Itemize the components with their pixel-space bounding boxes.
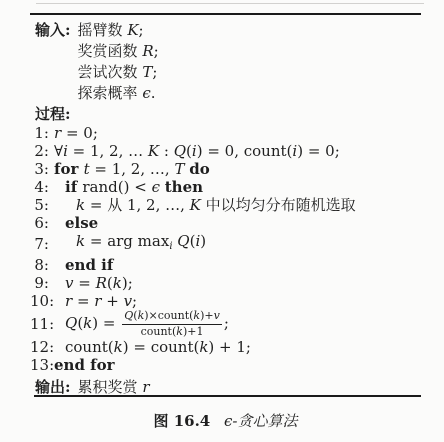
math-segment: T bbox=[142, 63, 152, 81]
math-segment: k bbox=[114, 338, 123, 356]
line-number: 8: bbox=[30, 256, 49, 274]
bottom-rule bbox=[34, 395, 421, 397]
math-segment: R bbox=[96, 274, 107, 292]
line-statement: else bbox=[54, 214, 98, 232]
line-number: 5: bbox=[30, 196, 49, 214]
math-segment: : bbox=[159, 142, 174, 160]
math-segment: r bbox=[142, 378, 149, 396]
algorithm-line: 9:v = R(k); bbox=[30, 274, 424, 292]
math-segment: = arg max bbox=[85, 232, 169, 250]
algorithm-line: 7:k = arg maxi Q(i) bbox=[30, 232, 424, 256]
math-segment: for bbox=[54, 160, 84, 178]
math-segment: 探索概率 bbox=[78, 84, 143, 102]
math-segment: Q bbox=[124, 309, 133, 322]
math-segment: rand() < bbox=[82, 178, 151, 196]
input-item: 奖赏函数 R; bbox=[78, 41, 159, 62]
algorithm-line: 1:r = 0; bbox=[30, 124, 424, 142]
process-label: 过程: bbox=[30, 104, 417, 124]
line-number: 6: bbox=[30, 214, 49, 232]
algorithm-box: 输入: 摇臂数 K;奖赏函数 R;尝试次数 T;探索概率 ϵ. 过程: 1:r … bbox=[30, 20, 424, 398]
math-segment: ; bbox=[132, 292, 137, 310]
math-segment: ; bbox=[152, 63, 157, 81]
math-segment: else bbox=[65, 214, 98, 232]
math-segment: ϵ bbox=[152, 178, 160, 196]
input-item: 摇臂数 K; bbox=[78, 20, 159, 41]
math-segment: )+ bbox=[200, 309, 214, 322]
math-segment: R bbox=[142, 42, 153, 60]
math-segment: k bbox=[83, 314, 92, 332]
figure-number: 图 16.4 bbox=[153, 412, 210, 430]
math-segment: v bbox=[124, 292, 132, 310]
math-segment: K bbox=[148, 142, 159, 160]
math-segment: ; bbox=[139, 21, 144, 39]
line-statement: ∀i = 1, 2, … K : Q(i) = 0, count(i) = 0; bbox=[54, 142, 340, 160]
line-statement: r = 0; bbox=[54, 124, 98, 142]
math-segment: Q bbox=[177, 232, 189, 250]
math-segment: ϵ bbox=[142, 84, 150, 102]
math-segment: ) = count( bbox=[123, 338, 200, 356]
algorithm-lines: 1:r = 0;2:∀i = 1, 2, … K : Q(i) = 0, cou… bbox=[30, 124, 424, 374]
math-segment: k bbox=[176, 325, 183, 338]
algorithm-line: 5:k = 从 1, 2, …, K 中以均匀分布随机选取 bbox=[30, 196, 424, 214]
line-statement: end if bbox=[54, 256, 113, 274]
line-statement: k = 从 1, 2, …, K 中以均匀分布随机选取 bbox=[54, 196, 356, 214]
line-statement: count(k) = count(k) + 1; bbox=[54, 338, 251, 356]
math-segment: T bbox=[174, 160, 184, 178]
fraction-numerator: Q(k)×count(k)+v bbox=[122, 310, 222, 325]
fraction: Q(k)×count(k)+vcount(k)+1 bbox=[122, 310, 222, 338]
math-segment: = bbox=[73, 274, 95, 292]
math-segment: Q bbox=[65, 314, 77, 332]
math-segment: ∀ bbox=[54, 142, 63, 160]
math-segment: Q bbox=[174, 142, 186, 160]
math-segment: then bbox=[165, 178, 203, 196]
math-segment: end if bbox=[65, 256, 113, 274]
algorithm-line: 3:for t = 1, 2, …, T do bbox=[30, 160, 424, 178]
figure-title: ϵ-贪心算法 bbox=[224, 412, 297, 430]
math-segment: = 1, 2, …, bbox=[90, 160, 175, 178]
figure-caption: 图 16.4 ϵ-贪心算法 bbox=[30, 410, 421, 431]
line-statement: end for bbox=[54, 356, 115, 374]
line-number: 1: bbox=[30, 124, 49, 142]
algorithm-line: 10:r = r + v; bbox=[30, 292, 424, 310]
math-segment: 中以均匀分布随机选取 bbox=[201, 196, 356, 214]
math-segment: = 1, 2, … bbox=[68, 142, 148, 160]
input-label: 输入: bbox=[30, 20, 71, 41]
input-items: 摇臂数 K;奖赏函数 R;尝试次数 T;探索概率 ϵ. bbox=[78, 20, 159, 104]
math-segment: + bbox=[101, 292, 123, 310]
math-segment: k bbox=[113, 274, 122, 292]
line-number: 13: bbox=[30, 356, 49, 374]
math-segment: k bbox=[76, 196, 85, 214]
math-segment: k bbox=[76, 232, 85, 250]
input-row: 输入: 摇臂数 K;奖赏函数 R;尝试次数 T;探索概率 ϵ. bbox=[30, 20, 424, 104]
top-faint-rule bbox=[36, 3, 424, 4]
math-segment: 累积奖赏 bbox=[78, 378, 143, 396]
math-segment: end for bbox=[54, 356, 115, 374]
math-segment: ) = 0; bbox=[297, 142, 340, 160]
math-segment: ) = bbox=[92, 314, 120, 332]
line-statement: for t = 1, 2, …, T do bbox=[54, 160, 210, 178]
math-segment: )+1 bbox=[183, 325, 204, 338]
math-segment: ) = 0, count( bbox=[197, 142, 293, 160]
top-rule bbox=[30, 13, 421, 15]
math-segment: ) bbox=[200, 232, 206, 250]
algorithm-line: 6:else bbox=[30, 214, 424, 232]
input-item: 探索概率 ϵ. bbox=[78, 83, 159, 104]
algorithm-figure-page: 输入: 摇臂数 K;奖赏函数 R;尝试次数 T;探索概率 ϵ. 过程: 1:r … bbox=[0, 0, 444, 442]
math-segment: 摇臂数 bbox=[78, 21, 128, 39]
math-segment: count( bbox=[141, 325, 177, 338]
fraction-denominator: count(k)+1 bbox=[122, 325, 222, 339]
math-segment: ; bbox=[224, 314, 229, 332]
math-segment: ) + 1; bbox=[208, 338, 251, 356]
math-segment: K bbox=[127, 21, 138, 39]
line-number: 4: bbox=[30, 178, 49, 196]
math-segment: if bbox=[65, 178, 82, 196]
math-segment: ); bbox=[122, 274, 133, 292]
line-number: 10: bbox=[30, 292, 49, 310]
math-segment: do bbox=[189, 160, 210, 178]
line-number: 9: bbox=[30, 274, 49, 292]
line-number: 11: bbox=[30, 315, 49, 333]
math-segment: 奖赏函数 bbox=[78, 42, 143, 60]
math-segment: = bbox=[72, 292, 94, 310]
math-segment: = 从 1, 2, …, bbox=[85, 196, 190, 214]
line-statement: k = arg maxi Q(i) bbox=[54, 232, 206, 256]
math-segment: K bbox=[190, 196, 201, 214]
algorithm-line: 8:end if bbox=[30, 256, 424, 274]
algorithm-line: 13:end for bbox=[30, 356, 424, 374]
input-item: 尝试次数 T; bbox=[78, 62, 159, 83]
line-number: 3: bbox=[30, 160, 49, 178]
math-segment: ; bbox=[154, 42, 159, 60]
line-statement: if rand() < ϵ then bbox=[54, 178, 203, 196]
algorithm-line: 12:count(k) = count(k) + 1; bbox=[30, 338, 424, 356]
line-number: 7: bbox=[30, 235, 49, 253]
math-segment: 尝试次数 bbox=[78, 63, 143, 81]
algorithm-line: 11:Q(k) = Q(k)×count(k)+vcount(k)+1; bbox=[30, 310, 424, 338]
math-segment: = 0; bbox=[61, 124, 98, 142]
algorithm-line: 4:if rand() < ϵ then bbox=[30, 178, 424, 196]
line-statement: Q(k) = Q(k)×count(k)+vcount(k)+1; bbox=[54, 310, 229, 338]
line-number: 2: bbox=[30, 142, 49, 160]
line-number: 12: bbox=[30, 338, 49, 356]
math-segment: . bbox=[151, 84, 156, 102]
math-segment: count( bbox=[65, 338, 114, 356]
math-segment: )×count( bbox=[144, 309, 193, 322]
algorithm-line: 2:∀i = 1, 2, … K : Q(i) = 0, count(i) = … bbox=[30, 142, 424, 160]
math-segment: v bbox=[214, 309, 220, 322]
line-statement: v = R(k); bbox=[54, 274, 133, 292]
line-statement: r = r + v; bbox=[54, 292, 137, 310]
